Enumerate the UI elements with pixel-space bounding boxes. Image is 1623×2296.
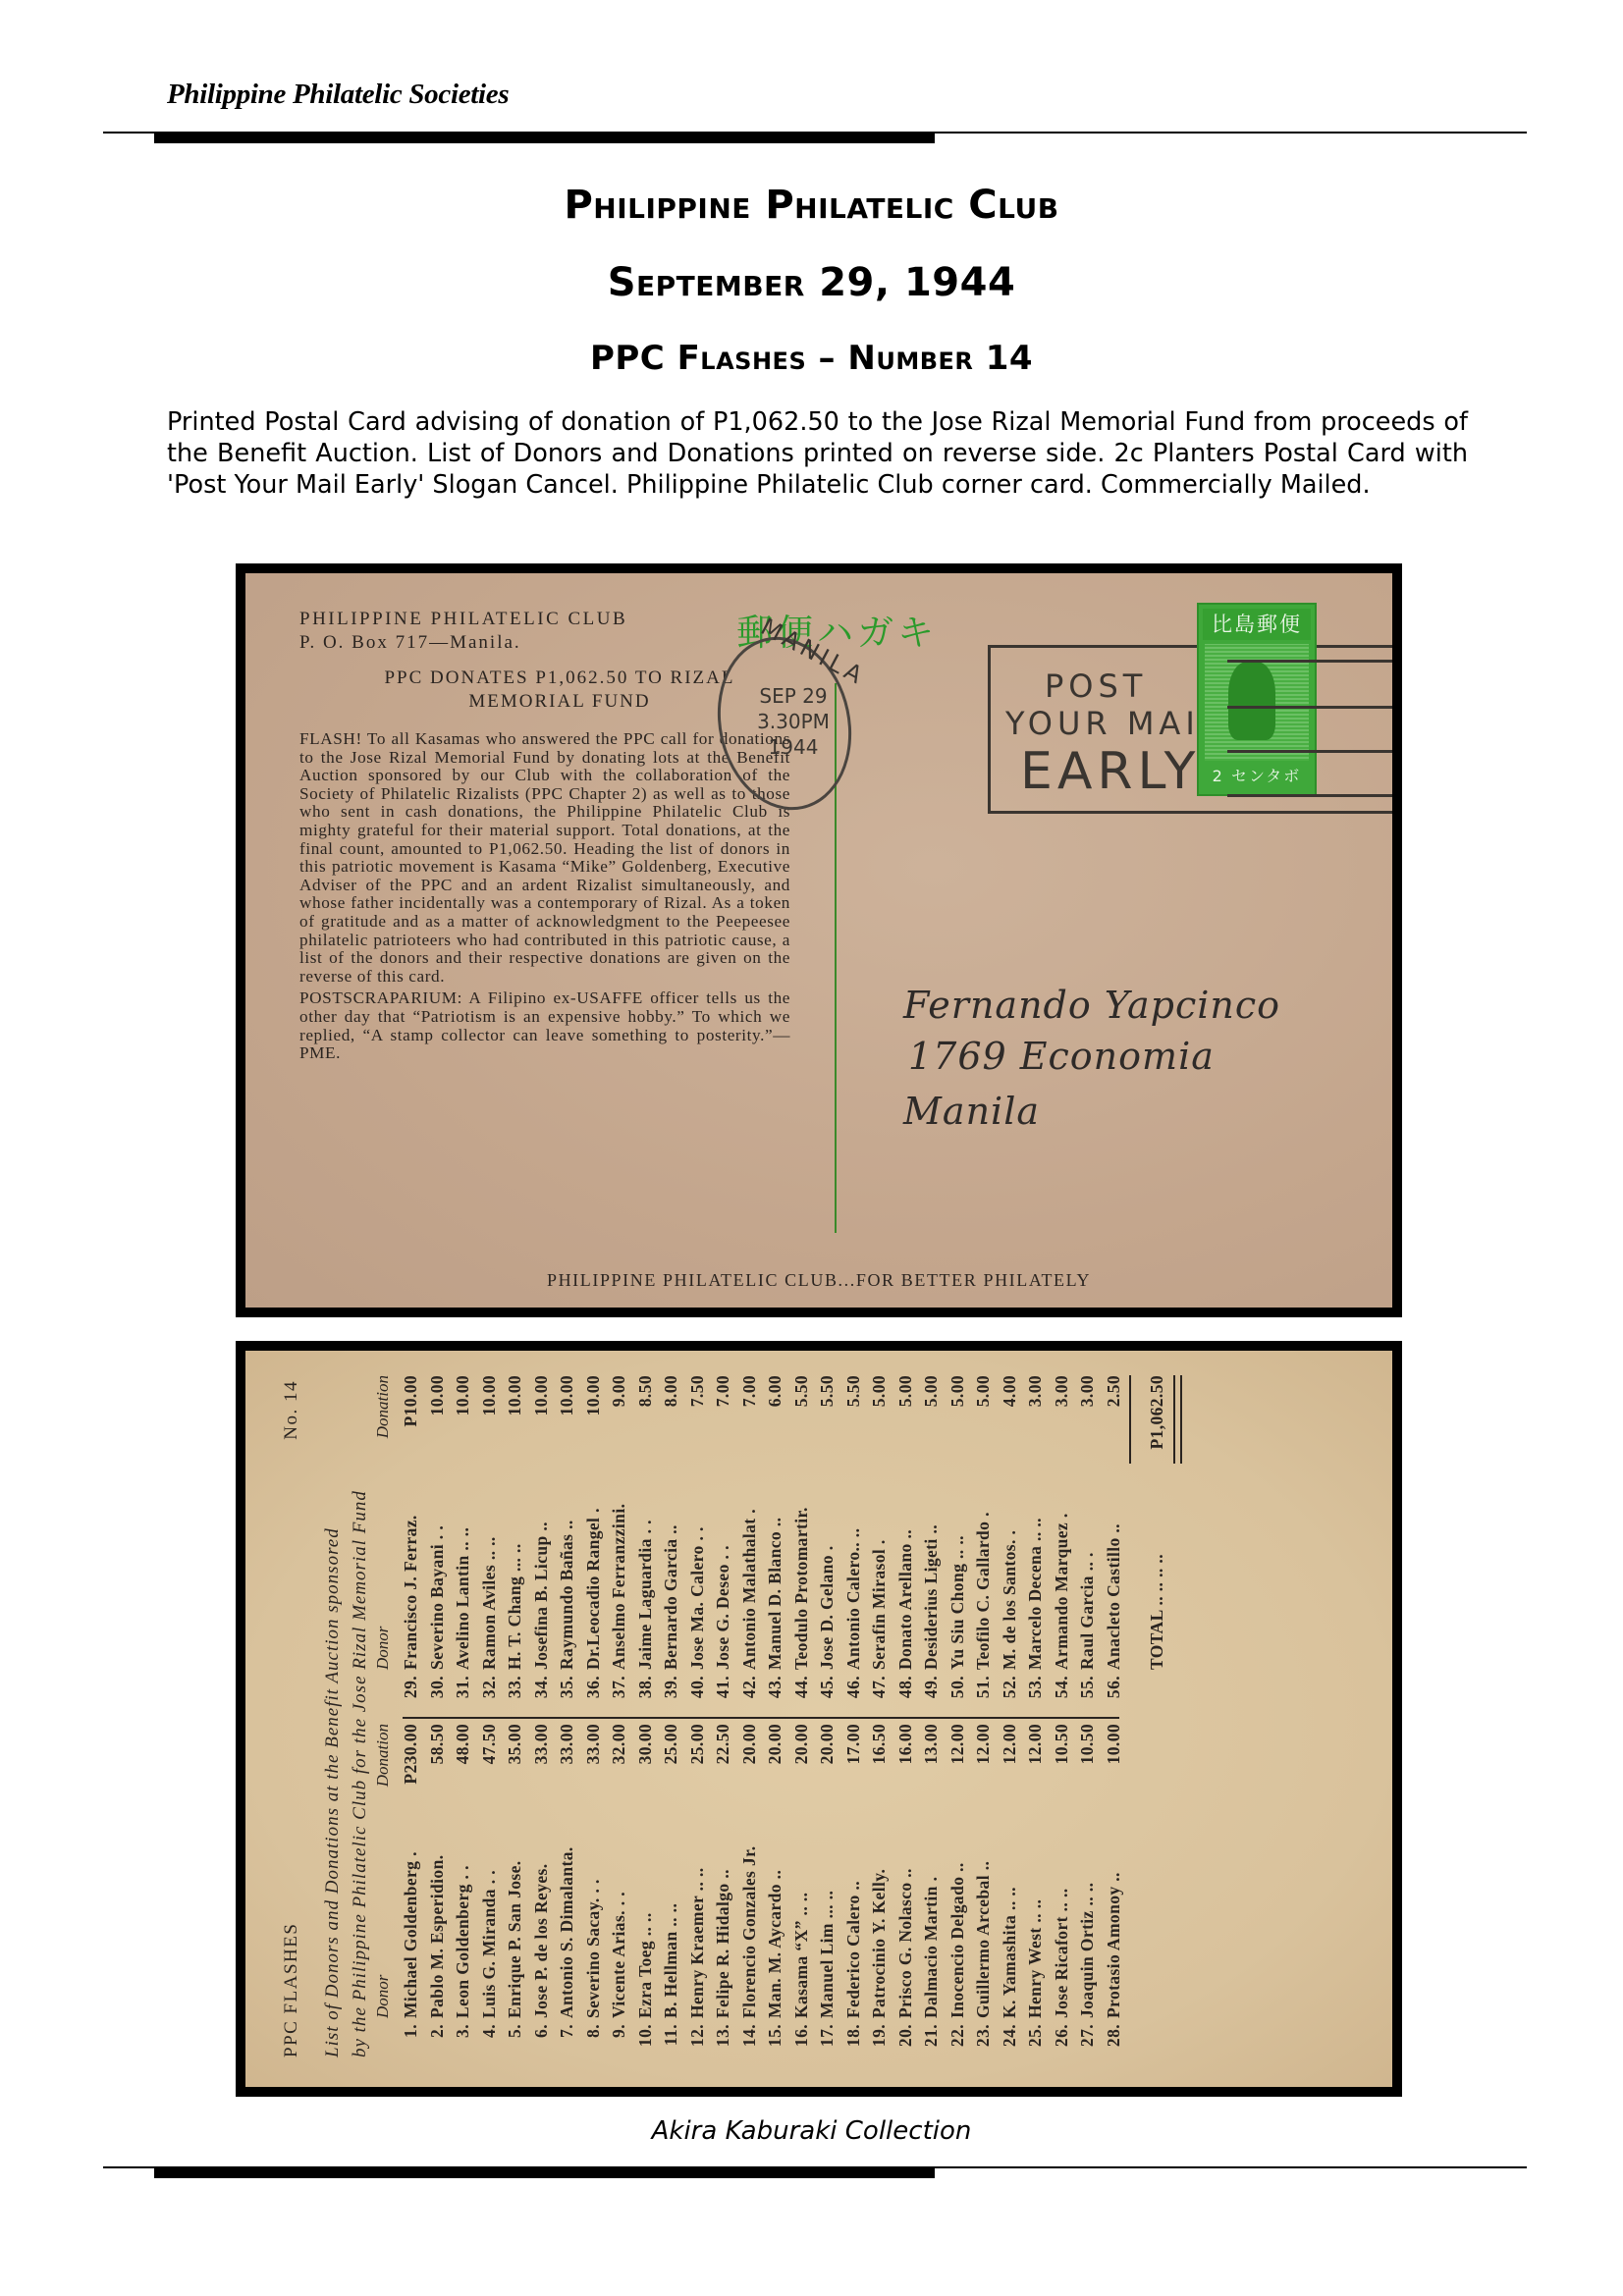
donation-amount: 5.00 [973, 1375, 994, 1407]
footer-bar [154, 2168, 935, 2178]
donor-number: 17. [817, 2024, 838, 2057]
donor-name: Donato Arellano .. [895, 1529, 915, 1670]
donor-name: Michael Goldenberg . [401, 1851, 420, 2018]
postal-card-back: PPC FLASHES No. 14 List of Donors and Do… [236, 1341, 1402, 2097]
donor-name: Enrique P. San Jose. [505, 1860, 524, 2018]
donor-name: Antonio S. Dimalanta. [557, 1846, 576, 2018]
donor-column-right: Donor Donation 29.Francisco J. Ferraz.P1… [373, 1375, 1182, 1709]
total-label: TOTAL .. .. .. .. [1147, 1554, 1166, 1670]
donor-row: 8.Severino Sacay. . .33.00 [583, 1724, 610, 2057]
donor-number: 51. [973, 1676, 994, 1709]
donor-name: Federico Calero .. [843, 1881, 863, 2018]
donor-row: 41.Jose G. Deseo . .7.00 [713, 1375, 739, 1709]
donor-name: Joaquin Ortiz .. .. [1077, 1883, 1097, 2018]
donor-row: 15.Man. M. Aycardo ..20.00 [765, 1724, 791, 2057]
donor-number: 45. [817, 1676, 838, 1709]
donation-amount: 47.50 [479, 1724, 500, 1764]
donor-row: 51.Teofilo C. Gallardo .5.00 [973, 1375, 1000, 1709]
donor-name: Bernardo Garcia .. [661, 1524, 680, 1670]
donor-number: 46. [843, 1676, 864, 1709]
donor-name: Man. M. Aycardo .. [765, 1870, 784, 2018]
donation-amount: 58.50 [427, 1724, 448, 1764]
donor-name: Raul Garcia .. . [1077, 1552, 1097, 1670]
donor-name: Ezra Toeg .. .. [635, 1912, 655, 2018]
donor-number: 4. [479, 2024, 500, 2057]
donor-row: 26.Jose Ricafort .. ..10.50 [1052, 1724, 1078, 2057]
header-bar [154, 133, 935, 143]
donor-name: Leon Goldenberg . . [453, 1865, 472, 2018]
donation-amount: 8.00 [661, 1375, 681, 1407]
slogan-cancel: POST YOUR MAIL EARLY [988, 645, 1392, 814]
donor-row: 4.Luis G. Miranda . .47.50 [479, 1724, 506, 2057]
donation-amount: 10.50 [1077, 1724, 1098, 1764]
donor-row: 33.H. T. Chang ... ..10.00 [505, 1375, 531, 1709]
donor-row: 3.Leon Goldenberg . .48.00 [453, 1724, 479, 2057]
page-date: September 29, 1944 [0, 260, 1623, 305]
donation-amount: 16.00 [895, 1724, 916, 1764]
donor-name: Dr.Leocadio Rangel . [583, 1508, 603, 1670]
donor-number: 23. [973, 2024, 994, 2057]
donation-amount: P10.00 [401, 1375, 421, 1426]
donor-column-left: Donor Donation 1.Michael Goldenberg .P23… [373, 1724, 1129, 2057]
donor-row: 47.Serafin Mirasol .5.00 [869, 1375, 895, 1709]
donation-amount: 10.00 [427, 1375, 448, 1415]
donor-number: 40. [687, 1676, 708, 1709]
donor-number: 2. [427, 2024, 448, 2057]
donor-name: Felipe R. Hidalgo .. [713, 1869, 732, 2018]
donation-amount: 33.00 [557, 1724, 577, 1764]
donation-amount: 10.50 [1052, 1724, 1072, 1764]
donor-name: Anselmo Ferranzzini. [609, 1504, 628, 1670]
donor-row: 10.Ezra Toeg .. ..30.00 [635, 1724, 662, 2057]
donor-name: Prisco G. Nolasco .. [895, 1868, 915, 2018]
donation-amount: 2.50 [1104, 1375, 1124, 1407]
donation-amount: 10.00 [583, 1375, 604, 1415]
address-city: Manila [903, 1090, 1040, 1133]
donor-number: 50. [947, 1676, 968, 1709]
donor-name: Raymundo Bañas .. [557, 1520, 576, 1670]
donation-amount: 30.00 [635, 1724, 656, 1764]
donor-row: 24.K. Yamashita .. ..12.00 [1000, 1724, 1026, 2057]
donor-name: Josefina B. Licup .. [531, 1522, 551, 1670]
donor-name: Pablo M. Esperidion. [427, 1855, 447, 2019]
donor-number: 31. [453, 1676, 473, 1709]
donation-amount: 5.50 [791, 1375, 812, 1407]
donation-amount: 5.00 [895, 1375, 916, 1407]
donor-number: 32. [479, 1676, 500, 1709]
donor-name: Henry West .. .. [1025, 1899, 1045, 2018]
donor-number: 11. [661, 2024, 681, 2057]
donor-name: Manuel Lim ... .. [817, 1891, 837, 2018]
donor-name: Jose Ma. Calero . . [687, 1526, 707, 1670]
donor-number: 9. [609, 2024, 629, 2057]
donor-number: 30. [427, 1676, 448, 1709]
donor-row: 19.Patrocinio Y. Kelly.16.50 [869, 1724, 895, 2057]
donor-name: Patrocinio Y. Kelly. [869, 1869, 889, 2018]
donor-name: Anacleto Castillo .. [1104, 1523, 1123, 1670]
donor-row: 27.Joaquin Ortiz .. ..10.50 [1077, 1724, 1104, 2057]
donor-number: 21. [921, 2024, 942, 2057]
donor-name: Dalmacio Martin . [921, 1877, 941, 2018]
donation-amount: 22.50 [713, 1724, 733, 1764]
donation-amount: 33.00 [531, 1724, 552, 1764]
donor-row: 22.Inocencio Delgado ..12.00 [947, 1724, 974, 2057]
donor-row: 56.Anacleto Castillo ..2.50 [1104, 1375, 1130, 1709]
donor-number: 20. [895, 2024, 916, 2057]
donor-name: Teodulo Protomartir. [791, 1507, 811, 1670]
donor-row: 18.Federico Calero ..17.00 [843, 1724, 870, 2057]
donor-number: 43. [765, 1676, 785, 1709]
address-street: 1769 Economia [908, 1035, 1215, 1078]
subtotal-rule [1129, 1375, 1131, 1464]
donor-number: 3. [453, 2024, 473, 2057]
corner-card-name: PHILIPPINE PHILATELIC CLUB [299, 609, 627, 630]
donor-name: K. Yamashita .. .. [1000, 1887, 1019, 2018]
planters-stamp-icon: 比島郵便 2 センタボ [1197, 603, 1317, 796]
donor-row: 43.Manuel D. Blanco ..6.00 [765, 1375, 791, 1709]
total-row: TOTAL .. .. .. ..P1,062.50 [1147, 1375, 1173, 1709]
donor-name: Ramon Aviles .. .. [479, 1536, 499, 1670]
corner-card-address: P. O. Box 717—Manila. [299, 632, 521, 654]
donor-name: Jaime Laguardia . . [635, 1520, 655, 1670]
planter-figure-icon [1228, 662, 1275, 740]
donor-number: 53. [1025, 1676, 1046, 1709]
donor-number: 24. [1000, 2024, 1020, 2057]
issue-number: No. 14 [281, 1380, 302, 1440]
donor-number: 29. [401, 1676, 421, 1709]
back-subtitle: List of Donors and Donations at the Bene… [319, 1370, 374, 2057]
postmark-date: SEP 29 3.30PM 1944 [754, 683, 833, 760]
donation-amount: 10.00 [479, 1375, 500, 1415]
donation-amount: 10.00 [453, 1375, 473, 1415]
donor-name: H. T. Chang ... .. [505, 1543, 524, 1670]
flash-paragraph: FLASH! To all Kasamas who answered the P… [299, 730, 790, 986]
donor-row: 50.Yu Siu Chong .. ..5.00 [947, 1375, 974, 1709]
donor-number: 18. [843, 2024, 864, 2057]
donor-name: Inocencio Delgado .. [947, 1862, 967, 2018]
donation-amount: 10.00 [531, 1375, 552, 1415]
donor-number: 13. [713, 2024, 733, 2057]
donation-amount: 5.50 [843, 1375, 864, 1407]
donation-amount: 3.00 [1025, 1375, 1046, 1407]
donor-number: 34. [531, 1676, 552, 1709]
donor-number: 54. [1052, 1676, 1072, 1709]
donation-amount: 5.00 [947, 1375, 968, 1407]
donor-row: 2.Pablo M. Esperidion.58.50 [427, 1724, 454, 2057]
cancel-bar [1227, 660, 1392, 663]
donation-amount: 33.00 [583, 1724, 604, 1764]
donor-number: 22. [947, 2024, 968, 2057]
page-title: Philippine Philatelic Club [0, 183, 1623, 228]
donation-amount: 48.00 [453, 1724, 473, 1764]
donor-row: 40.Jose Ma. Calero . .7.50 [687, 1375, 714, 1709]
donation-amount: 20.00 [791, 1724, 812, 1764]
total-double-rule [1173, 1375, 1182, 1464]
donor-row: 6.Jose P. de los Reyes.33.00 [531, 1724, 558, 2057]
donor-name: Luis G. Miranda . . [479, 1870, 499, 2018]
donation-amount: 20.00 [739, 1724, 760, 1764]
donor-row: 46.Antonio Calero.. ..5.50 [843, 1375, 870, 1709]
donor-row: 42.Antonio Malathalat .7.00 [739, 1375, 766, 1709]
donor-number: 15. [765, 2024, 785, 2057]
donor-row: 7.Antonio S. Dimalanta.33.00 [557, 1724, 583, 2057]
donor-name: Francisco J. Ferraz. [401, 1515, 420, 1670]
donor-row: 11.B. Hellman .. ..25.00 [661, 1724, 687, 2057]
donor-row: 14.Florencio Gonzales Jr.20.00 [739, 1724, 766, 2057]
postal-card-front: PHILIPPINE PHILATELIC CLUB P. O. Box 717… [236, 563, 1402, 1317]
donation-amount: 32.00 [609, 1724, 629, 1764]
donor-row: 55.Raul Garcia .. .3.00 [1077, 1375, 1104, 1709]
donation-amount: 25.00 [687, 1724, 708, 1764]
description: Printed Postal Card advising of donation… [167, 406, 1468, 501]
col-donation-header: Donation [373, 1724, 393, 1787]
donor-number: 26. [1052, 2024, 1072, 2057]
donor-row: 32.Ramon Aviles .. ..10.00 [479, 1375, 506, 1709]
donor-row: 49.Desiderius Ligeti ..5.00 [921, 1375, 947, 1709]
donor-name: Florencio Gonzales Jr. [739, 1845, 759, 2018]
donor-row: 52.M. de los Santos. .4.00 [1000, 1375, 1026, 1709]
donor-row: 29.Francisco J. Ferraz.P10.00 [401, 1375, 427, 1709]
donor-number: 14. [739, 2024, 760, 2057]
donor-name: Severino Bayani . . [427, 1525, 447, 1670]
donation-amount: 35.00 [505, 1724, 525, 1764]
donor-row: 45.Jose D. Gelano .5.50 [817, 1375, 843, 1709]
donor-name: M. de los Santos. . [1000, 1530, 1019, 1670]
donor-name: Manuel D. Blanco .. [765, 1518, 784, 1670]
donor-number: 37. [609, 1676, 629, 1709]
donor-name: B. Hellman .. .. [661, 1903, 680, 2018]
donor-row: 13.Felipe R. Hidalgo ..22.50 [713, 1724, 739, 2057]
donor-number: 27. [1077, 2024, 1098, 2057]
donor-row: 23.Guillermo Arcebal ..12.00 [973, 1724, 1000, 2057]
card-tagline: PHILIPPINE PHILATELIC CLUB...FOR BETTER … [245, 1270, 1392, 1291]
donor-name: Yu Siu Chong .. .. [947, 1535, 967, 1670]
donation-amount: 5.00 [921, 1375, 942, 1407]
donor-name: Desiderius Ligeti .. [921, 1524, 941, 1670]
donor-number: 12. [687, 2024, 708, 2057]
page-subtitle: PPC Flashes – Number 14 [0, 339, 1623, 378]
donation-amount: 5.50 [817, 1375, 838, 1407]
donor-name: Protasio Amonoy .. [1104, 1872, 1123, 2018]
donation-amount: 9.00 [609, 1375, 629, 1407]
donor-row: 54.Armando Marquez .3.00 [1052, 1375, 1078, 1709]
address-name: Fernando Yapcinco [903, 984, 1280, 1027]
donor-number: 39. [661, 1676, 681, 1709]
donor-name: Armando Marquez . [1052, 1513, 1071, 1670]
donation-amount: 7.50 [687, 1375, 708, 1407]
total-amount: P1,062.50 [1147, 1375, 1167, 1450]
donor-number: 55. [1077, 1676, 1098, 1709]
donor-row: 37.Anselmo Ferranzzini.9.00 [609, 1375, 635, 1709]
donor-name: Serafin Mirasol . [869, 1539, 889, 1670]
donor-number: 33. [505, 1676, 525, 1709]
donation-amount: 17.00 [843, 1724, 864, 1764]
donor-name: Jose P. de los Reyes. [531, 1864, 551, 2018]
donor-number: 38. [635, 1676, 656, 1709]
donor-name: Severino Sacay. . . [583, 1879, 603, 2018]
donor-row: 17.Manuel Lim ... ..20.00 [817, 1724, 843, 2057]
donor-name: Jose G. Deseo . . [713, 1545, 732, 1670]
donor-number: 25. [1025, 2024, 1046, 2057]
donor-row: 34.Josefina B. Licup ..10.00 [531, 1375, 558, 1709]
donation-amount: P230.00 [401, 1724, 421, 1785]
donor-number: 49. [921, 1676, 942, 1709]
donor-row: 12.Henry Kraemer .. ..25.00 [687, 1724, 714, 2057]
donor-row: 28.Protasio Amonoy ..10.00 [1104, 1724, 1130, 2057]
donor-number: 19. [869, 2024, 890, 2057]
donor-row: 16.Kasama “X” .. ..20.00 [791, 1724, 818, 2057]
donation-amount: 7.00 [713, 1375, 733, 1407]
donor-name: Henry Kraemer .. .. [687, 1867, 707, 2018]
donor-name: Jose D. Gelano . [817, 1546, 837, 1670]
donation-amount: 20.00 [765, 1724, 785, 1764]
donation-amount: 10.00 [1104, 1724, 1124, 1764]
donation-amount: 7.00 [739, 1375, 760, 1407]
donor-row: 30.Severino Bayani . .10.00 [427, 1375, 454, 1709]
donor-row: 53.Marcelo Decena .. ..3.00 [1025, 1375, 1052, 1709]
donor-row: 9.Vicente Arias. . .32.00 [609, 1724, 635, 2057]
donor-name: Guillermo Arcebal .. [973, 1861, 993, 2018]
donor-row: 21.Dalmacio Martin .13.00 [921, 1724, 947, 2057]
donor-row: 5.Enrique P. San Jose.35.00 [505, 1724, 531, 2057]
donor-name: Antonio Calero.. .. [843, 1528, 863, 1670]
donation-amount: 4.00 [1000, 1375, 1020, 1407]
donation-amount: 5.00 [869, 1375, 890, 1407]
donation-amount: 8.50 [635, 1375, 656, 1407]
donor-name: Jose Ricafort .. .. [1052, 1889, 1071, 2019]
donor-number: 52. [1000, 1676, 1020, 1709]
running-header: Philippine Philatelic Societies [167, 79, 509, 111]
donor-number: 47. [869, 1676, 890, 1709]
donor-number: 1. [401, 2024, 421, 2057]
donation-amount: 12.00 [1025, 1724, 1046, 1764]
donor-number: 8. [583, 2024, 604, 2057]
postscraparium-paragraph: POSTSCRAPARIUM: A Filipino ex-USAFFE off… [299, 989, 790, 1062]
donation-amount: 13.00 [921, 1724, 942, 1764]
donor-number: 41. [713, 1676, 733, 1709]
donation-amount: 3.00 [1077, 1375, 1098, 1407]
donor-number: 6. [531, 2024, 552, 2057]
donor-row: 48.Donato Arellano ..5.00 [895, 1375, 922, 1709]
donor-name: Teofilo C. Gallardo . [973, 1512, 993, 1670]
column-divider [403, 1717, 1119, 1719]
donation-amount: 6.00 [765, 1375, 785, 1407]
donor-number: 48. [895, 1676, 916, 1709]
donor-row: 36.Dr.Leocadio Rangel .10.00 [583, 1375, 610, 1709]
donor-number: 42. [739, 1676, 760, 1709]
donation-amount: 12.00 [947, 1724, 968, 1764]
donor-row: 35.Raymundo Bañas ..10.00 [557, 1375, 583, 1709]
donor-number: 5. [505, 2024, 525, 2057]
donation-amount: 10.00 [557, 1375, 577, 1415]
donor-number: 56. [1104, 1676, 1124, 1709]
donation-amount: 12.00 [1000, 1724, 1020, 1764]
donation-amount: 3.00 [1052, 1375, 1072, 1407]
donor-number: 36. [583, 1676, 604, 1709]
donor-list: PPC FLASHES No. 14 List of Donors and Do… [245, 1351, 1392, 2087]
donor-number: 44. [791, 1676, 812, 1709]
donation-amount: 10.00 [505, 1375, 525, 1415]
donor-row: 1.Michael Goldenberg .P230.00 [401, 1724, 427, 2057]
donor-row: 38.Jaime Laguardia . .8.50 [635, 1375, 662, 1709]
donation-amount: 12.00 [973, 1724, 994, 1764]
cancel-bar [1227, 750, 1392, 753]
cancel-bar [1227, 706, 1392, 709]
col-donation-header: Donation [373, 1375, 393, 1438]
donation-amount: 16.50 [869, 1724, 890, 1764]
donor-number: 35. [557, 1676, 577, 1709]
donor-name: Avelino Lantin .. .. [453, 1527, 472, 1670]
donor-name: Marcelo Decena .. .. [1025, 1518, 1045, 1670]
donor-row: 20.Prisco G. Nolasco ..16.00 [895, 1724, 922, 2057]
donor-name: Vicente Arias. . . [609, 1892, 628, 2018]
donor-number: 16. [791, 2024, 812, 2057]
donor-name: Kasama “X” .. .. [791, 1893, 811, 2018]
donation-amount: 25.00 [661, 1724, 681, 1764]
donor-number: 28. [1104, 2024, 1124, 2057]
collection-credit: Akira Kaburaki Collection [0, 2116, 1623, 2146]
cancel-bar [1227, 794, 1392, 797]
donor-row: 31.Avelino Lantin .. ..10.00 [453, 1375, 479, 1709]
donor-row: 25.Henry West .. ..12.00 [1025, 1724, 1052, 2057]
donor-row: 44.Teodulo Protomartir.5.50 [791, 1375, 818, 1709]
card-body: FLASH! To all Kasamas who answered the P… [299, 730, 790, 1067]
donor-name: Antonio Malathalat . [739, 1509, 759, 1670]
donation-amount: 20.00 [817, 1724, 838, 1764]
back-header: PPC FLASHES No. 14 [281, 1380, 302, 2057]
donor-number: 7. [557, 2024, 577, 2057]
donor-row: 39.Bernardo Garcia ..8.00 [661, 1375, 687, 1709]
col-donor-header: Donor [373, 1627, 393, 1670]
col-donor-header: Donor [373, 1975, 393, 2018]
donor-number: 10. [635, 2024, 656, 2057]
